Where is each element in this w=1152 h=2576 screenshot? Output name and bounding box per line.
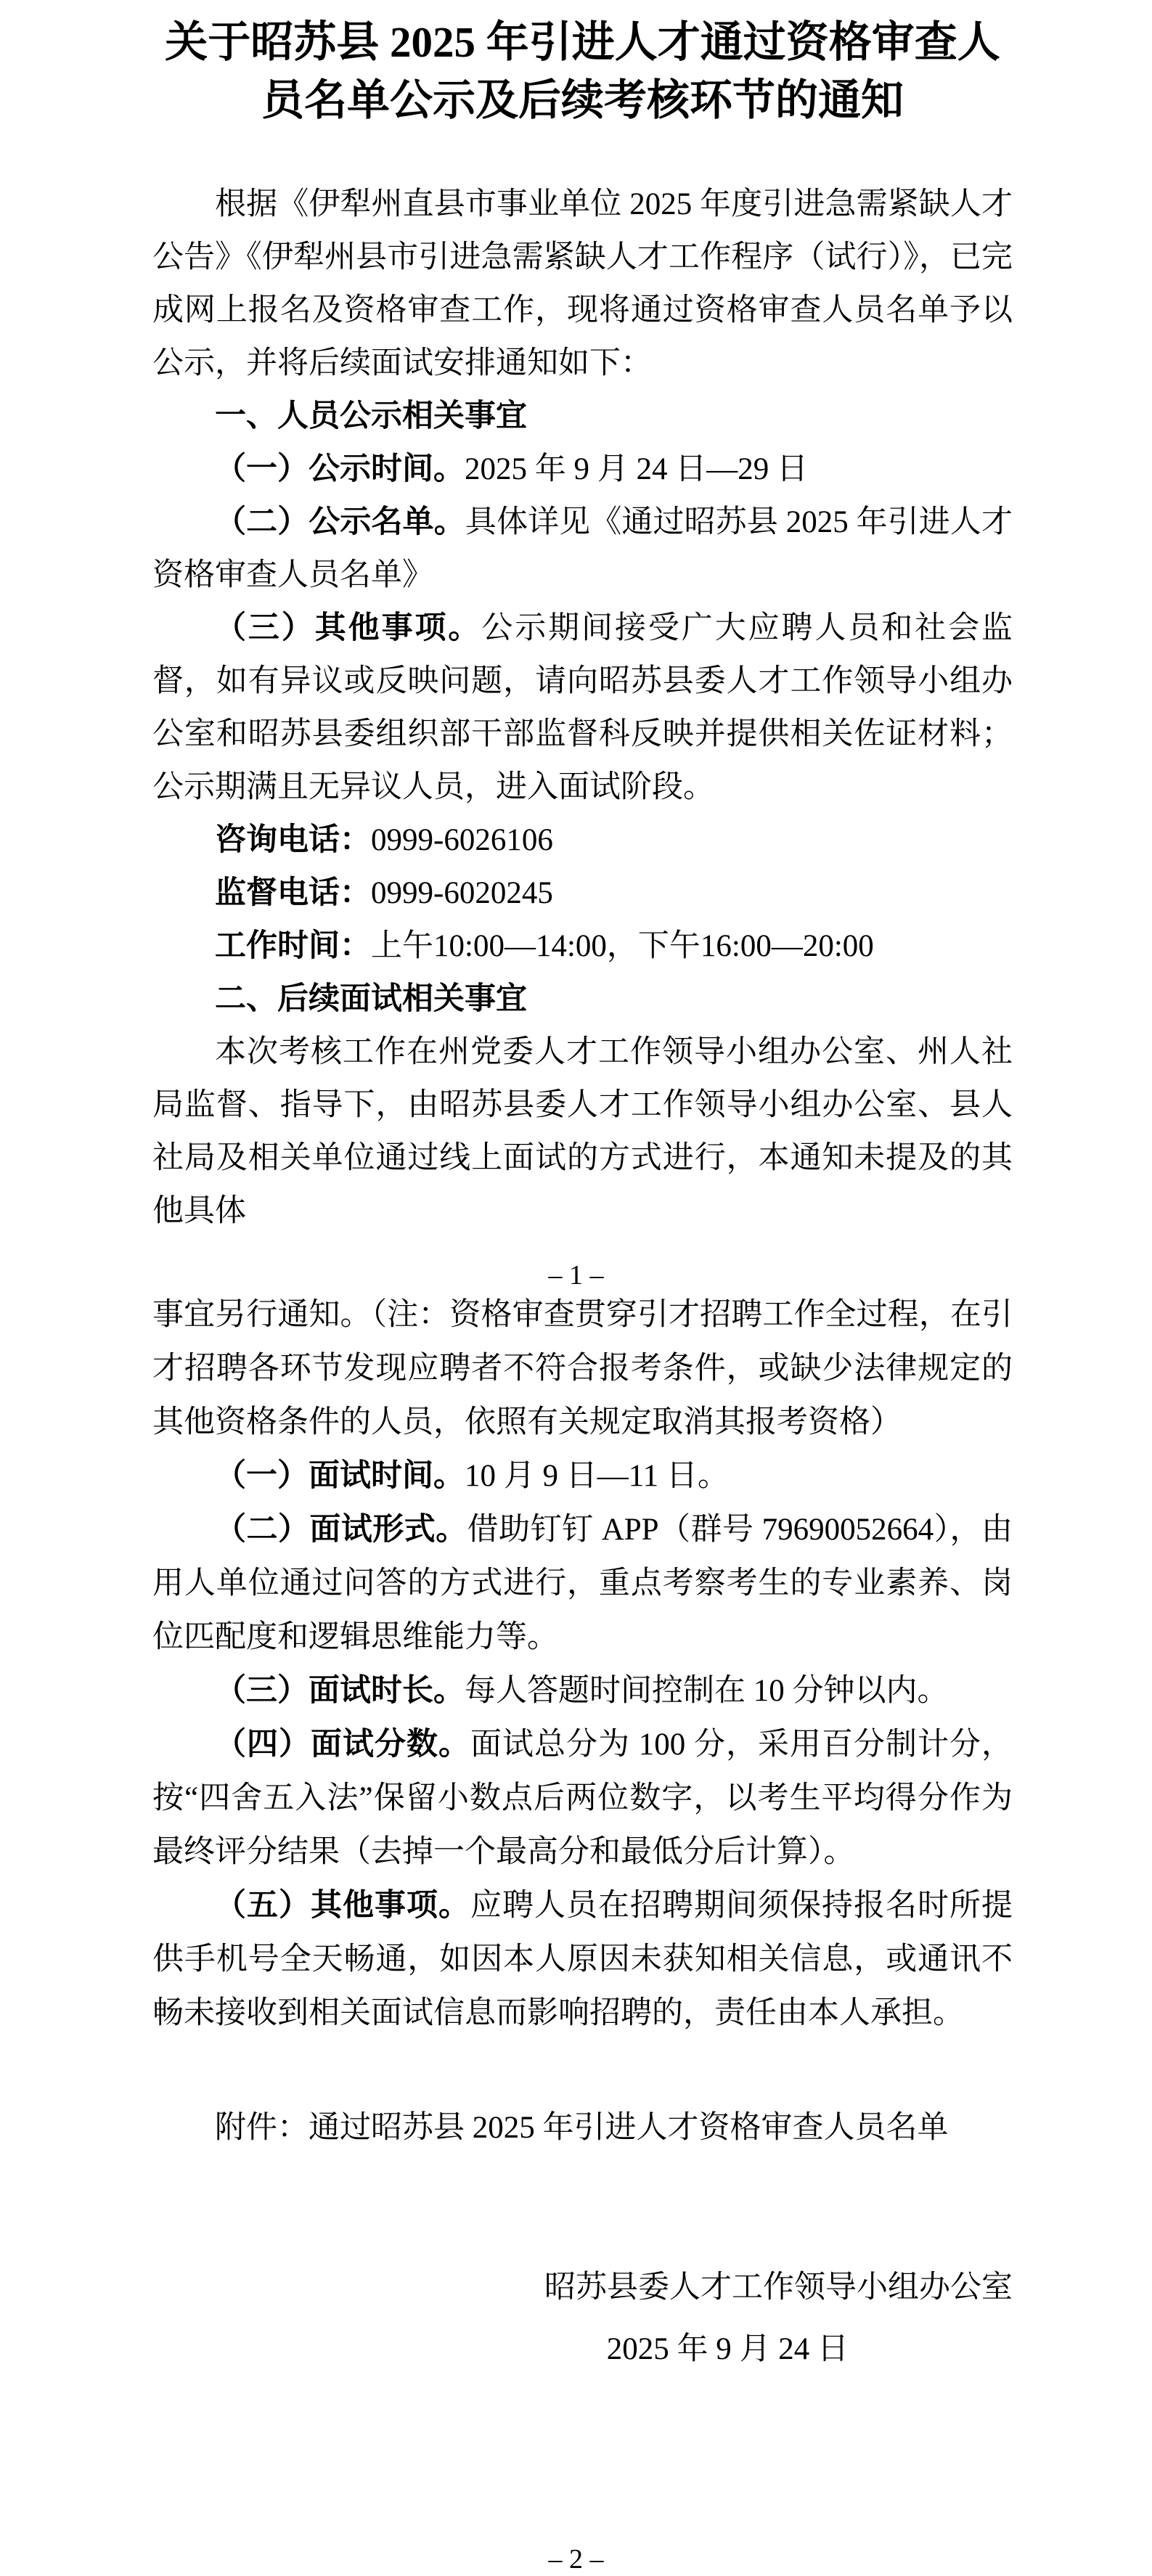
doc-title-line: 员名单公示及后续考核环节的通知 [152, 71, 1013, 129]
attachment-line: 附件：通过昭苏县 2025 年引进人才资格审查人员名单 [152, 2101, 1013, 2155]
document-page-1: 关于昭苏县 2025 年引进人才通过资格审查人员名单公示及后续考核环节的通知根据… [0, 0, 1152, 1288]
paragraph: （四）面试分数。面试总分为 100 分，采用百分制计分，按“四舍五入法”保留小数… [152, 1718, 1013, 1879]
emphasis-run: （二）公示名单。 [215, 505, 465, 539]
notice-document: 关于昭苏县 2025 年引进人才通过资格审查人员名单公示及后续考核环节的通知根据… [0, 0, 1152, 2576]
text-run: 根据《伊犁州直县市事业单位 2025 年度引进急需紧缺人才公告》《伊犁州县市引进… [152, 187, 1013, 380]
emphasis-run: 工作时间： [215, 929, 371, 963]
emphasis-run: （四）面试分数。 [215, 1727, 470, 1762]
contact-line: 工作时间：上午10:00—14:00，下午16:00—20:00 [152, 920, 1013, 973]
contact-line: 咨询电话：0999-6026106 [152, 814, 1013, 867]
page-number: – 2 – [0, 2544, 1152, 2575]
paragraph: （一）面试时间。10 月 9 日—11 日。 [152, 1449, 1013, 1503]
text-run: 昭苏县委人才工作领导小组办公室 [544, 2270, 1013, 2305]
paragraph: （二）面试形式。借助钉钉 APP（群号 79690052664），由用人单位通过… [152, 1503, 1013, 1664]
emphasis-run: （五）其他事项。 [215, 1889, 470, 1923]
section-heading: 一、人员公示相关事宜 [152, 390, 1013, 443]
text-run: 附件：通过昭苏县 2025 年引进人才资格审查人员名单 [215, 2111, 949, 2145]
text-run: 上午10:00—14:00，下午16:00—20:00 [371, 929, 874, 963]
paragraph: 本次考核工作在州党委人才工作领导小组办公室、州人社局监督、指导下，由昭苏县委人才… [152, 1026, 1013, 1238]
emphasis-run: （一）公示时间。 [215, 452, 465, 486]
page-2-content: 事宜另行通知。（注：资格审查贯穿引才招聘工作全过程，在引才招聘各环节发现应聘者不… [152, 1288, 1013, 2376]
text-run: 10 月 9 日—11 日。 [465, 1459, 729, 1493]
document-page-2: 事宜另行通知。（注：资格审查贯穿引才招聘工作全过程，在引才招聘各环节发现应聘者不… [0, 1288, 1152, 2576]
text-run: 0999-6026106 [371, 823, 553, 857]
paragraph: （一）公示时间。2025 年 9 月 24 日—29 日 [152, 443, 1013, 496]
text-run: 2025 年 9 月 24 日—29 日 [465, 452, 808, 486]
signature-line: 昭苏县委人才工作领导小组办公室 [152, 2261, 1013, 2315]
page-number: – 1 – [0, 1260, 1152, 1288]
text-run: 2025 年 9 月 24 日 [607, 2332, 849, 2366]
emphasis-run: （三）其他事项。 [215, 611, 481, 645]
emphasis-run: （二）面试形式。 [215, 1513, 467, 1547]
paragraph: （三）面试时长。每人答题时间控制在 10 分钟以内。 [152, 1664, 1013, 1718]
emphasis-run: 一、人员公示相关事宜 [215, 398, 527, 433]
text-run: 本次考核工作在州党委人才工作领导小组办公室、州人社局监督、指导下，由昭苏县委人才… [152, 1035, 1013, 1228]
paragraph: （二）公示名单。具体详见《通过昭苏县 2025 年引进人才资格审查人员名单》 [152, 496, 1013, 602]
emphasis-run: （一）面试时间。 [215, 1459, 465, 1493]
emphasis-run: 监督电话： [215, 876, 371, 910]
emphasis-run: 关于昭苏县 2025 年引进人才通过资格审查人 [165, 18, 1000, 66]
emphasis-run: 咨询电话： [215, 823, 371, 857]
paragraph: 事宜另行通知。（注：资格审查贯穿引才招聘工作全过程，在引才招聘各环节发现应聘者不… [152, 1288, 1013, 1449]
text-run: 0999-6020245 [371, 876, 553, 910]
emphasis-run: 员名单公示及后续考核环节的通知 [261, 76, 904, 124]
paragraph: （三）其他事项。公示期间接受广大应聘人员和社会监督，如有异议或反映问题，请向昭苏… [152, 602, 1013, 814]
doc-title-line: 关于昭苏县 2025 年引进人才通过资格审查人 [152, 13, 1013, 71]
paragraph: 根据《伊犁州直县市事业单位 2025 年度引进急需紧缺人才公告》《伊犁州县市引进… [152, 178, 1013, 390]
section-heading: 二、后续面试相关事宜 [152, 973, 1013, 1026]
page-1-content: 关于昭苏县 2025 年引进人才通过资格审查人员名单公示及后续考核环节的通知根据… [152, 13, 1013, 1238]
contact-line: 监督电话：0999-6020245 [152, 867, 1013, 920]
emphasis-run: （三）面试时长。 [215, 1674, 465, 1708]
paragraph: （五）其他事项。应聘人员在招聘期间须保持报名时所提供手机号全天畅通，如因本人原因… [152, 1879, 1013, 2040]
text-run: 每人答题时间控制在 10 分钟以内。 [465, 1674, 949, 1708]
text-run: 事宜另行通知。（注：资格审查贯穿引才招聘工作全过程，在引才招聘各环节发现应聘者不… [152, 1298, 1013, 1439]
date-line: 2025 年 9 月 24 日 [152, 2323, 849, 2376]
emphasis-run: 二、后续面试相关事宜 [215, 981, 527, 1016]
